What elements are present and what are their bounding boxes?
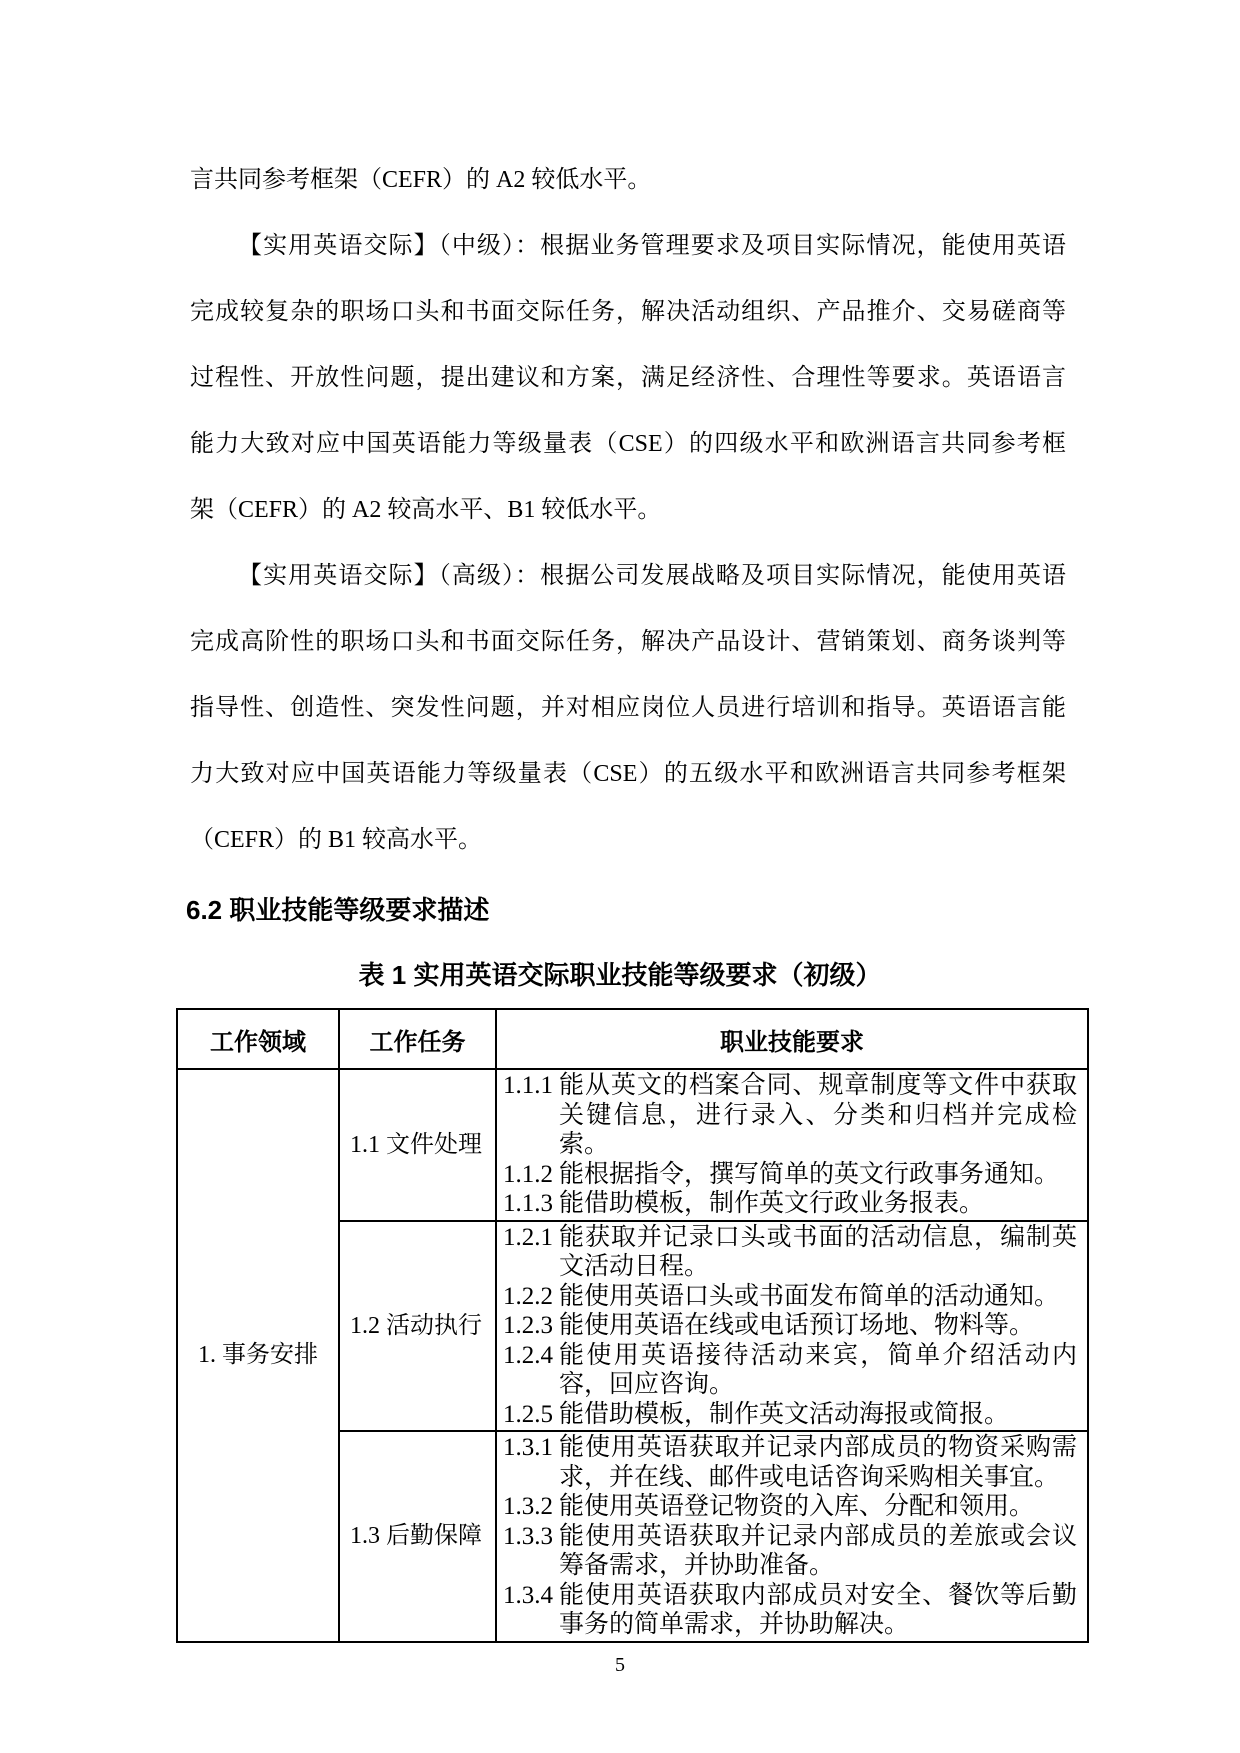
skill-number: 1.3.1 [503,1433,559,1492]
skill-item: 1.1.2能根据指令，撰写简单的英文行政事务通知。 [503,1160,1077,1190]
skill-text: 能使用英语获取内部成员对安全、餐饮等后勤事务的简单需求，并协助解决。 [559,1581,1077,1640]
skill-text: 能使用英语口头或书面发布简单的活动通知。 [559,1282,1077,1312]
table-header-cell: 职业技能要求 [496,1009,1088,1069]
skill-item: 1.1.3能借助模板，制作英文行政业务报表。 [503,1189,1077,1219]
task-cell: 1.2 活动执行 [339,1221,496,1432]
skill-text: 能借助模板，制作英文活动海报或简报。 [559,1400,1077,1430]
paragraph-line: 力大致对应中国英语能力等级量表（CSE）的五级水平和欧洲语言共同参考框架 [190,741,1066,807]
document-page: 言共同参考框架（CEFR）的 A2 较低水平。【实用英语交际】（中级）：根据业务… [0,0,1240,1753]
paragraph-line: 能力大致对应中国英语能力等级量表（CSE）的四级水平和欧洲语言共同参考框 [190,411,1066,477]
paragraph-line: 过程性、开放性问题，提出建议和方案，满足经济性、合理性等要求。英语语言 [190,345,1066,411]
skill-number: 1.2.5 [503,1400,559,1430]
paragraph-line: 言共同参考框架（CEFR）的 A2 较低水平。 [190,147,1066,213]
skill-text: 能根据指令，撰写简单的英文行政事务通知。 [559,1160,1077,1190]
table-title: 表 1 实用英语交际职业技能等级要求（初级） [0,954,1240,996]
page-number: 5 [0,1651,1240,1679]
skill-text: 能使用英语获取并记录内部成员的差旅或会议筹备需求，并协助准备。 [559,1522,1077,1581]
skill-item: 1.3.2能使用英语登记物资的入库、分配和领用。 [503,1492,1077,1522]
intro-paragraphs: 言共同参考框架（CEFR）的 A2 较低水平。【实用英语交际】（中级）：根据业务… [190,147,1066,873]
skills-cell: 1.2.1能获取并记录口头或书面的活动信息，编制英文活动日程。1.2.2能使用英… [496,1221,1088,1432]
skill-item: 1.2.3能使用英语在线或电话预订场地、物料等。 [503,1311,1077,1341]
skill-text: 能借助模板，制作英文行政业务报表。 [559,1189,1077,1219]
skill-item: 1.1.1能从英文的档案合同、规章制度等文件中获取关键信息，进行录入、分类和归档… [503,1071,1077,1160]
task-cell: 1.3 后勤保障 [339,1431,496,1642]
skill-number: 1.3.3 [503,1522,559,1581]
skill-item: 1.2.4能使用英语接待活动来宾，简单介绍活动内容，回应咨询。 [503,1341,1077,1400]
skills-cell: 1.1.1能从英文的档案合同、规章制度等文件中获取关键信息，进行录入、分类和归档… [496,1069,1088,1221]
skill-number: 1.2.3 [503,1311,559,1341]
skill-item: 1.2.2能使用英语口头或书面发布简单的活动通知。 [503,1282,1077,1312]
paragraph-line: 完成较复杂的职场口头和书面交际任务，解决活动组织、产品推介、交易磋商等 [190,279,1066,345]
skill-text: 能使用英语获取并记录内部成员的物资采购需求，并在线、邮件或电话咨询采购相关事宜。 [559,1433,1077,1492]
skill-item: 1.2.5能借助模板，制作英文活动海报或简报。 [503,1400,1077,1430]
skill-number: 1.2.2 [503,1282,559,1312]
skill-number: 1.2.4 [503,1341,559,1400]
skill-number: 1.3.4 [503,1581,559,1640]
skills-cell: 1.3.1能使用英语获取并记录内部成员的物资采购需求，并在线、邮件或电话咨询采购… [496,1431,1088,1642]
domain-cell: 1. 事务安排 [177,1069,339,1642]
paragraph-line: （CEFR）的 B1 较高水平。 [190,807,1066,873]
skill-number: 1.3.2 [503,1492,559,1522]
skill-text: 能使用英语登记物资的入库、分配和领用。 [559,1492,1077,1522]
skill-text: 能获取并记录口头或书面的活动信息，编制英文活动日程。 [559,1223,1077,1282]
section-heading: 6.2 职业技能等级要求描述 [186,888,1240,932]
table-header-cell: 工作任务 [339,1009,496,1069]
skill-text: 能使用英语接待活动来宾，简单介绍活动内容，回应咨询。 [559,1341,1077,1400]
skill-item: 1.2.1能获取并记录口头或书面的活动信息，编制英文活动日程。 [503,1223,1077,1282]
paragraph-line: 【实用英语交际】（高级）：根据公司发展战略及项目实际情况，能使用英语 [190,543,1066,609]
skill-number: 1.1.3 [503,1189,559,1219]
skills-table: 工作领域工作任务职业技能要求1. 事务安排1.1 文件处理1.1.1能从英文的档… [176,1008,1089,1643]
skill-number: 1.1.2 [503,1160,559,1190]
skill-number: 1.2.1 [503,1223,559,1282]
table-header-cell: 工作领域 [177,1009,339,1069]
skill-item: 1.3.3能使用英语获取并记录内部成员的差旅或会议筹备需求，并协助准备。 [503,1522,1077,1581]
skill-text: 能从英文的档案合同、规章制度等文件中获取关键信息，进行录入、分类和归档并完成检索… [559,1071,1077,1160]
skill-item: 1.3.4能使用英语获取内部成员对安全、餐饮等后勤事务的简单需求，并协助解决。 [503,1581,1077,1640]
skill-item: 1.3.1能使用英语获取并记录内部成员的物资采购需求，并在线、邮件或电话咨询采购… [503,1433,1077,1492]
paragraph-line: 完成高阶性的职场口头和书面交际任务，解决产品设计、营销策划、商务谈判等 [190,609,1066,675]
task-cell: 1.1 文件处理 [339,1069,496,1221]
paragraph-line: 【实用英语交际】（中级）：根据业务管理要求及项目实际情况，能使用英语 [190,213,1066,279]
skill-number: 1.1.1 [503,1071,559,1160]
table-header-row: 工作领域工作任务职业技能要求 [177,1009,1088,1069]
paragraph-line: 架（CEFR）的 A2 较高水平、B1 较低水平。 [190,477,1066,543]
paragraph-line: 指导性、创造性、突发性问题，并对相应岗位人员进行培训和指导。英语语言能 [190,675,1066,741]
table-row: 1. 事务安排1.1 文件处理1.1.1能从英文的档案合同、规章制度等文件中获取… [177,1069,1088,1221]
skill-text: 能使用英语在线或电话预订场地、物料等。 [559,1311,1077,1341]
